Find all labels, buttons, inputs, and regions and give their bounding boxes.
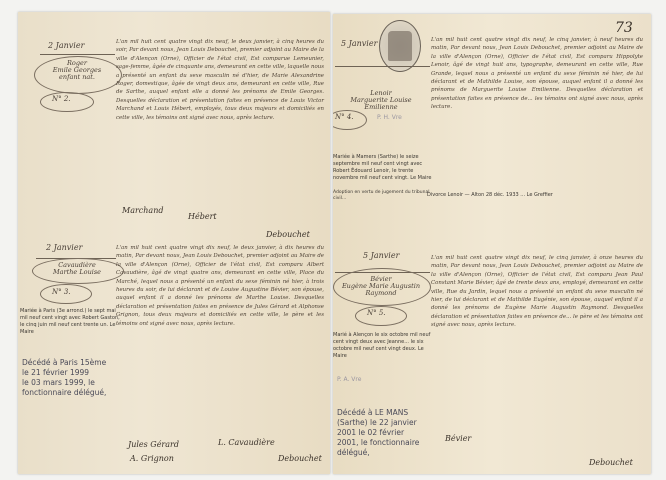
signature: Hébert [188, 212, 217, 221]
signature: L. Cavaudière [218, 438, 275, 447]
death-note-line: le 21 février 1999 [22, 368, 118, 378]
entry-2-date: 2 Janvier [46, 244, 82, 252]
signature: Bévier [445, 434, 471, 443]
name-oval [32, 258, 124, 284]
entry-5-body: L'an mil huit cent quatre vingt dix neuf… [431, 254, 643, 430]
adoption-annotation: Adoption en vertu de jugement du tribuna… [333, 190, 433, 202]
entry-1-date: 2 Janvier [48, 42, 84, 50]
divorce-annotation: Divorce Lenoir — Alton 28 déc. 1933 ... … [427, 192, 617, 199]
signature: Marchand [122, 206, 163, 215]
entry-4-date: 5 Janvier [341, 40, 377, 48]
name-oval [333, 268, 431, 306]
signature: Debouchet [266, 230, 310, 239]
signature: Debouchet [278, 454, 322, 463]
death-note-line: fonctionnaire délégué, [22, 388, 118, 398]
entry-5-date: 5 Janvier [363, 252, 399, 260]
number-oval [355, 306, 407, 326]
marriage-annotation: Mariée à Mamers (Sarthe) le seize septem… [333, 154, 433, 182]
death-note-line: Décédé à LE MANS [337, 408, 433, 418]
right-page: 73 5 Janvier Lenoir Marguerite Louise Em… [333, 14, 651, 474]
marriage-annotation: Marié à Alençon le six octobre mil neuf … [333, 332, 433, 360]
entry-1-body: L'an mil huit cent quatre vingt dix neuf… [116, 38, 324, 172]
entry-4-body: L'an mil huit cent quatre vingt dix neuf… [431, 36, 643, 186]
entry-4-name: Lenoir Marguerite Louise Emilienne [333, 90, 429, 110]
entry-2-body: L'an mil huit cent quatre vingt dix neuf… [116, 244, 324, 422]
marriage-annotation: Mariée à Paris (3e arrond.) le sept mai … [20, 308, 120, 336]
signature: Debouchet [589, 458, 633, 467]
death-annotation: Décédé à Paris 15ème le 21 février 1999 … [22, 358, 118, 398]
signature: Jules Gérard [128, 440, 179, 449]
pencil-mark: P. H. Vre [377, 114, 402, 121]
death-annotation: Décédé à LE MANS (Sarthe) le 22 janvier … [337, 408, 433, 458]
given-names: Marguerite Louise Emilienne [333, 97, 429, 111]
number-oval [333, 110, 367, 130]
death-note-line: (Sarthe) le 22 janvier [337, 418, 433, 428]
pencil-mark: P. A. Vre [337, 376, 361, 383]
number-oval [40, 92, 94, 112]
margin-rule [40, 54, 115, 55]
left-page: 2 Janvier Roger Emile Georges enfant nat… [18, 12, 330, 474]
folio-number: 73 [615, 20, 633, 36]
death-note-line: 2001 le 02 février [337, 428, 433, 438]
seal-stamp-icon [379, 20, 421, 72]
death-note-line: le 03 mars 1999, le [22, 378, 118, 388]
death-note-line: Décédé à Paris 15ème [22, 358, 118, 368]
number-oval [40, 284, 92, 304]
death-note-line: 2001, le fonctionnaire délégué, [337, 438, 433, 458]
margin-rule [335, 66, 430, 67]
name-oval [34, 56, 122, 94]
signature: A. Grignon [130, 454, 174, 463]
